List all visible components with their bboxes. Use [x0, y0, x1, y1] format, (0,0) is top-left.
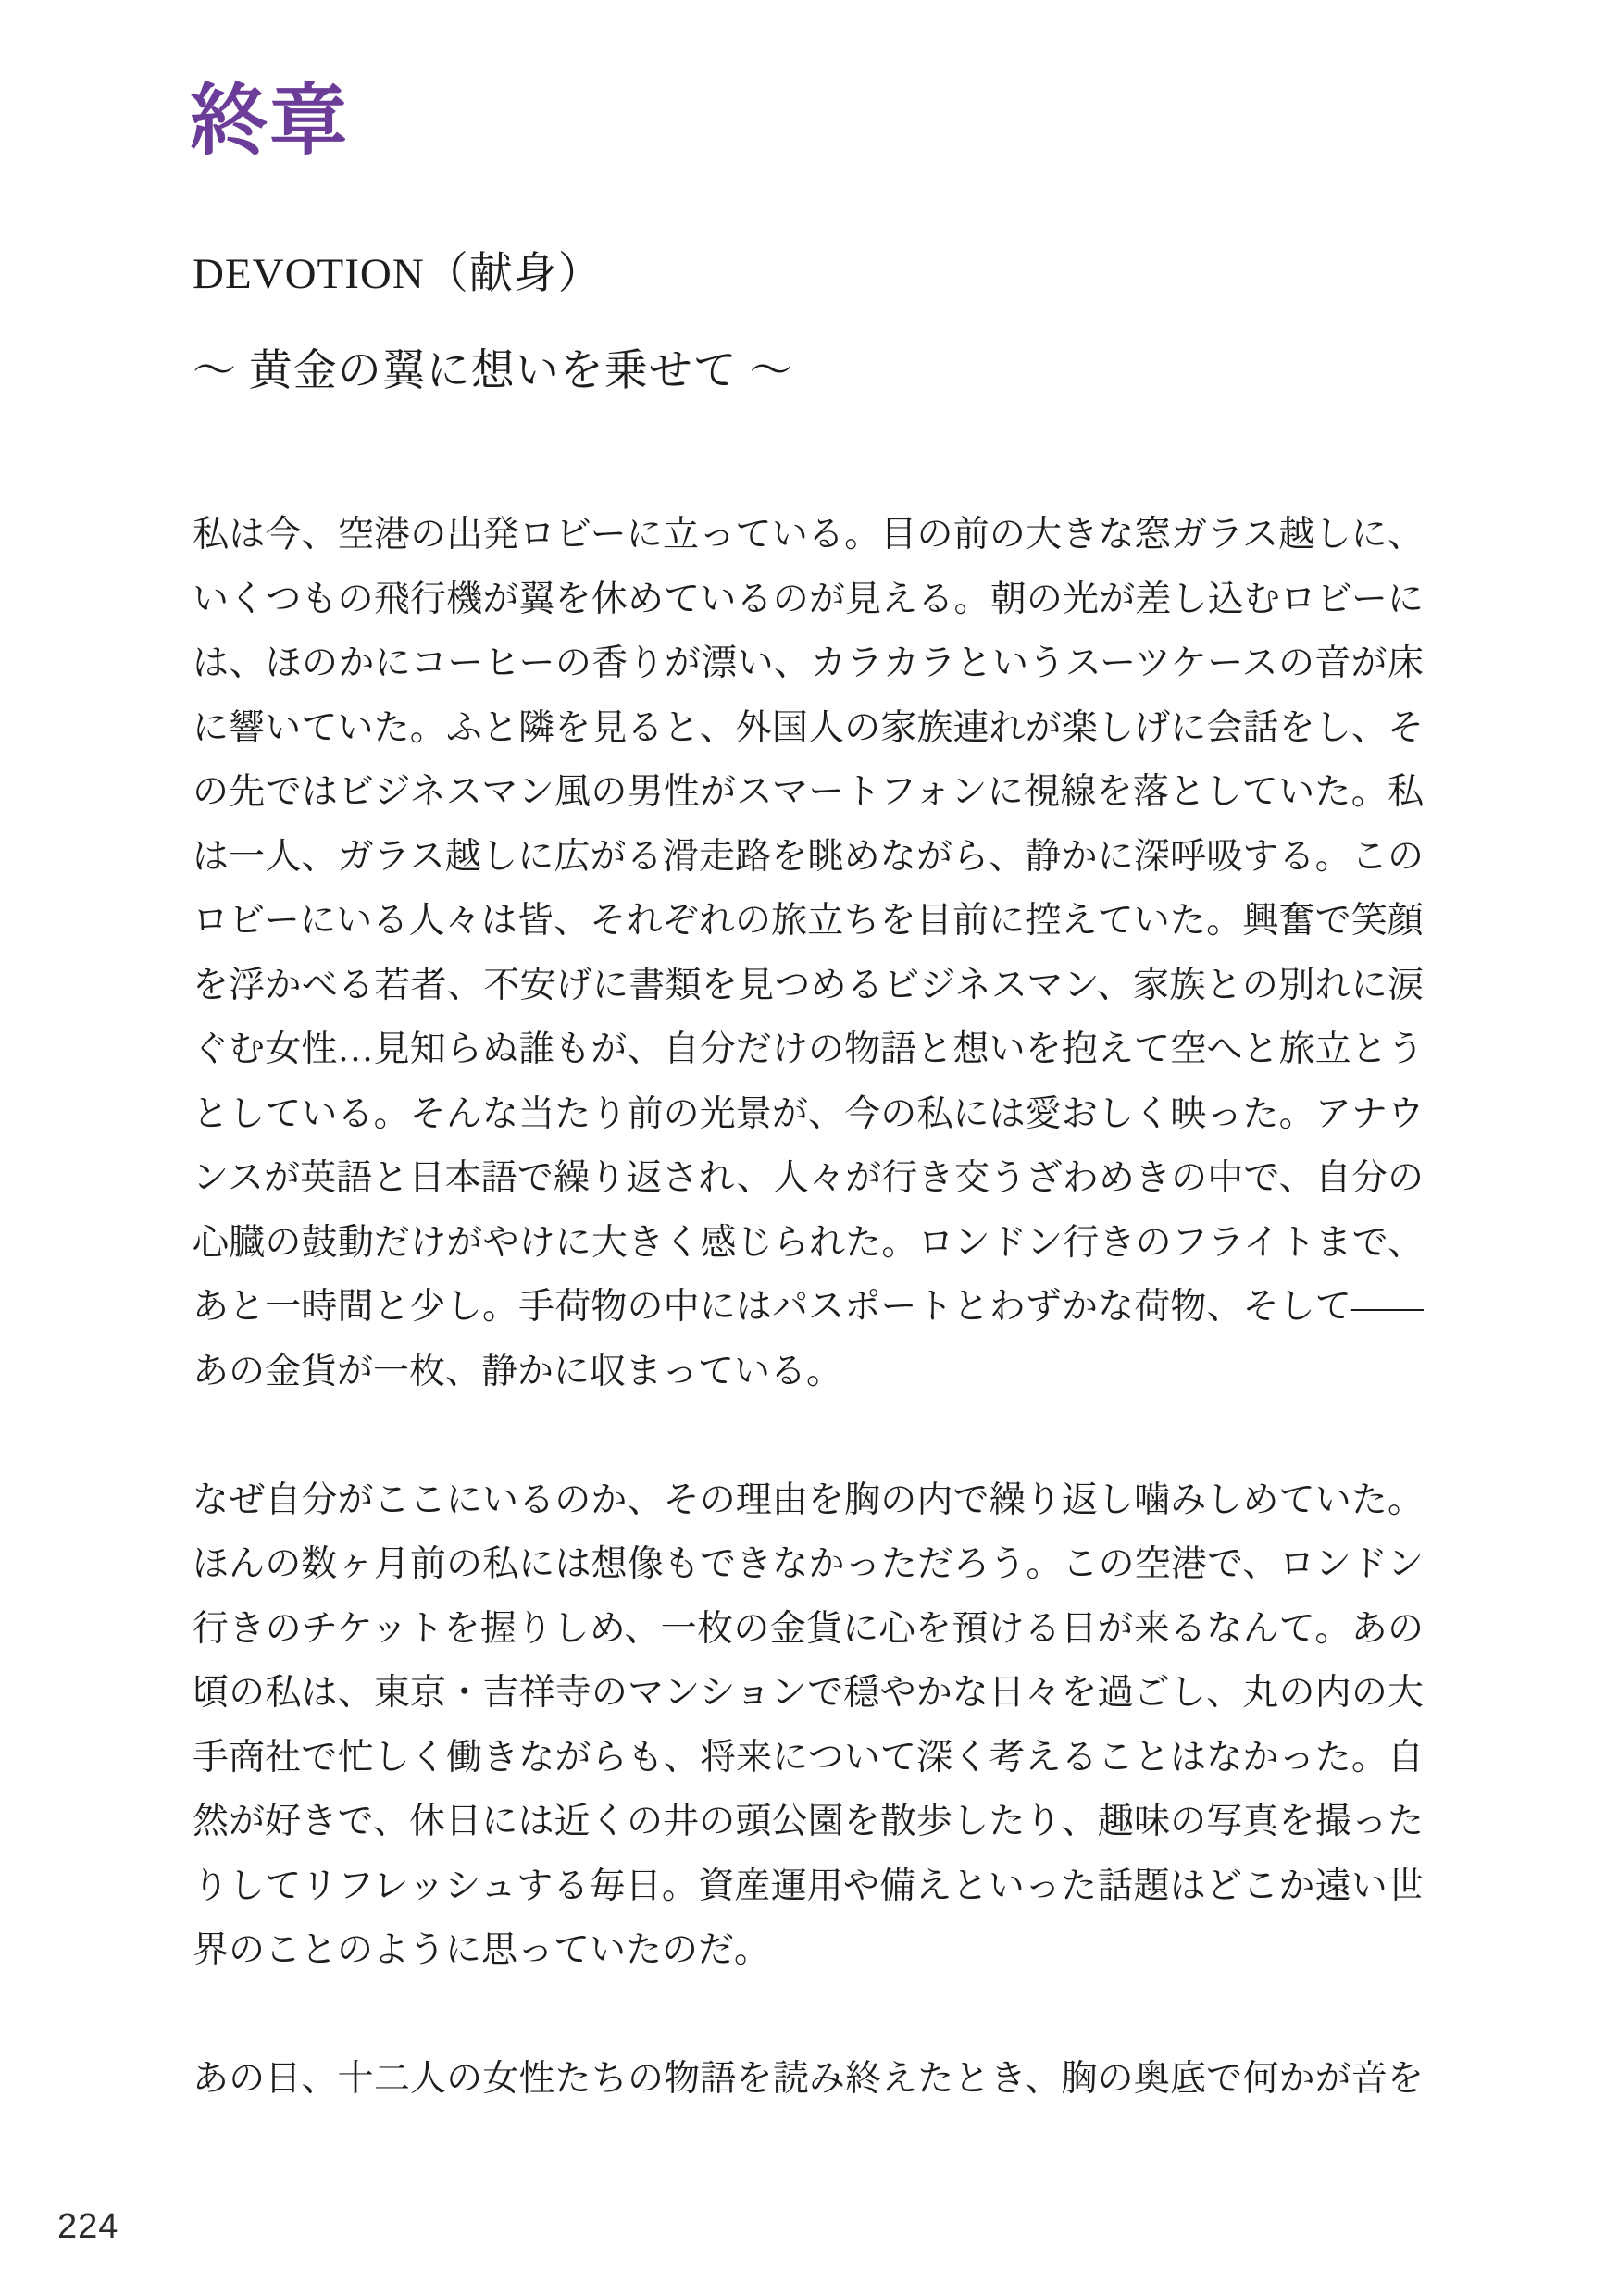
- text-line: は一人、ガラス越しに広がる滑走路を眺めながら、静かに深呼吸する。この: [193, 825, 1424, 890]
- chapter-subtitle-main: DEVOTION（献身）: [193, 248, 603, 300]
- text-line: あと一時間と少し。手荷物の中にはパスポートとわずかな荷物、そして――: [193, 1275, 1424, 1340]
- text-line: ロビーにいる人々は皆、それぞれの旅立ちを目前に控えていた。興奮で笑顔: [193, 889, 1424, 954]
- text-line: 界のことのように思っていたのだ。: [193, 1918, 1424, 1983]
- text-line: は、ほのかにコーヒーの香りが漂い、カラカラというスーツケースの音が床: [193, 631, 1424, 696]
- text-line: 然が好きで、休日には近くの井の頭公園を散歩したり、趣味の写真を撮った: [193, 1790, 1424, 1854]
- text-line: あの金貨が一枚、静かに収まっている。: [193, 1340, 1424, 1404]
- text-line: に響いていた。ふと隣を見ると、外国人の家族連れが楽しげに会話をし、そ: [193, 696, 1424, 761]
- text-line: 行きのチケットを握りしめ、一枚の金貨に心を預ける日が来るなんて。あの: [193, 1597, 1424, 1662]
- body-text: 私は今、空港の出発ロビーに立っている。目の前の大きな窓ガラス越しに、いくつもの飛…: [193, 503, 1424, 2176]
- text-line: の先ではビジネスマン風の男性がスマートフォンに視線を落としていた。私: [193, 760, 1424, 825]
- text-line: なぜ自分がここにいるのか、その理由を胸の内で繰り返し噛みしめていた。: [193, 1468, 1424, 1533]
- paragraph-1: 私は今、空港の出発ロビーに立っている。目の前の大きな窓ガラス越しに、いくつもの飛…: [193, 503, 1424, 1404]
- text-line: あの日、十二人の女性たちの物語を読み終えたとき、胸の奥底で何かが音を: [193, 2047, 1424, 2112]
- text-line: りしてリフレッシュする毎日。資産運用や備えといった話題はどこか遠い世: [193, 1854, 1424, 1919]
- paragraph-2: なぜ自分がここにいるのか、その理由を胸の内で繰り返し噛みしめていた。ほんの数ヶ月…: [193, 1468, 1424, 1983]
- text-line: ほんの数ヶ月前の私には想像もできなかっただろう。この空港で、ロンドン: [193, 1532, 1424, 1597]
- chapter-subtitle-sub: ～ 黄金の翼に想いを乗せて ～: [193, 345, 794, 397]
- text-line: 私は今、空港の出発ロビーに立っている。目の前の大きな窓ガラス越しに、: [193, 503, 1424, 568]
- book-page: 終章 DEVOTION（献身） ～ 黄金の翼に想いを乗せて ～ 私は今、空港の出…: [0, 0, 1618, 2296]
- text-line: 心臓の鼓動だけがやけに大きく感じられた。ロンドン行きのフライトまで、: [193, 1211, 1424, 1276]
- text-line: ンスが英語と日本語で繰り返され、人々が行き交うざわめきの中で、自分の: [193, 1146, 1424, 1211]
- text-line: ぐむ女性…見知らぬ誰もが、自分だけの物語と想いを抱えて空へと旅立とう: [193, 1017, 1424, 1082]
- text-line: いくつもの飛行機が翼を休めているのが見える。朝の光が差し込むロビーに: [193, 568, 1424, 632]
- chapter-title: 終章: [190, 80, 349, 165]
- text-line: 頃の私は、東京・吉祥寺のマンションで穏やかな日々を過ごし、丸の内の大: [193, 1661, 1424, 1726]
- page-number: 224: [57, 2207, 118, 2247]
- text-line: としている。そんな当たり前の光景が、今の私には愛おしく映った。アナウ: [193, 1082, 1424, 1147]
- text-line: 手商社で忙しく働きながらも、将来について深く考えることはなかった。自: [193, 1726, 1424, 1791]
- paragraph-3: あの日、十二人の女性たちの物語を読み終えたとき、胸の奥底で何かが音を: [193, 2047, 1424, 2112]
- text-line: を浮かべる若者、不安げに書類を見つめるビジネスマン、家族との別れに涙: [193, 954, 1424, 1018]
